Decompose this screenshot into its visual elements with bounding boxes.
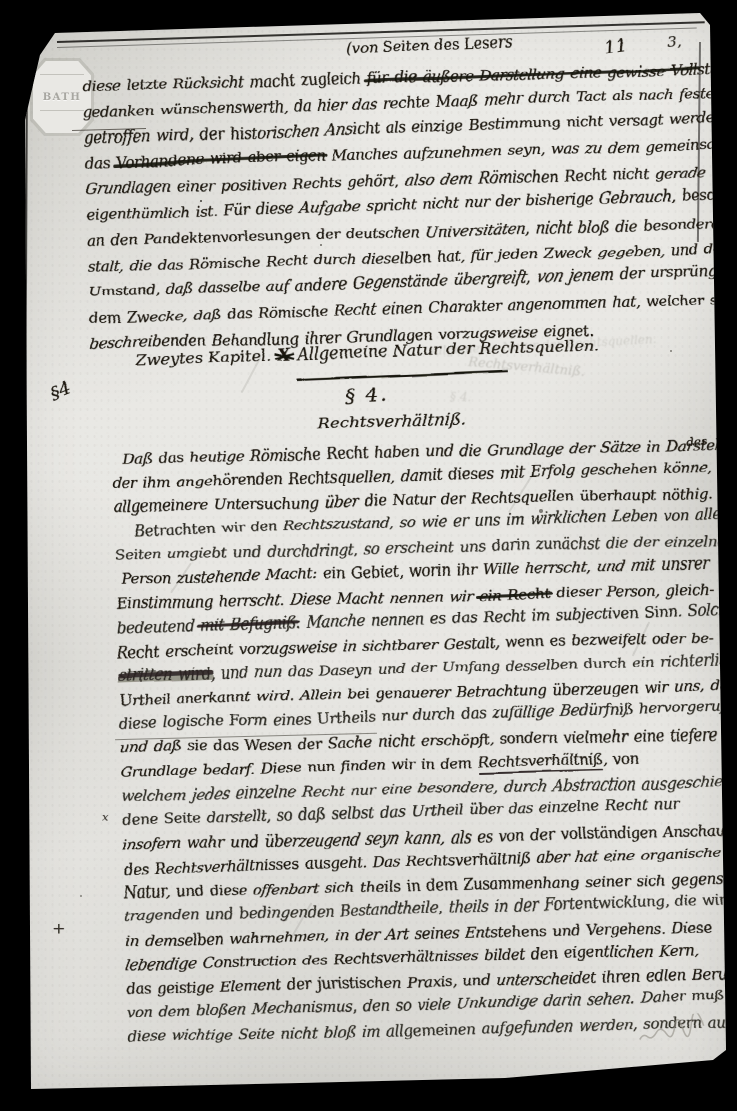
stamp-ornament bbox=[40, 110, 84, 111]
struck-text: Vorhandene wird aber eigen bbox=[115, 147, 326, 171]
line-text: das bbox=[84, 153, 116, 172]
chapter-label: Zweytes Kapitel. bbox=[135, 346, 271, 369]
folio-number: 3, bbox=[666, 31, 682, 50]
struck-text: ein Recht bbox=[479, 584, 550, 604]
struck-text: mit Befugniß bbox=[200, 613, 296, 634]
ink-specks bbox=[200, 200, 202, 202]
page-number: 11 bbox=[603, 35, 629, 59]
sheet-edge-line bbox=[22, 58, 28, 1086]
manuscript-page: BATH (von Seiten des Lesers 11 3, diese … bbox=[0, 0, 737, 1111]
interlinear-insertion: des bbox=[686, 433, 708, 448]
struck-text: für die äußere Darstellung eine gewisse … bbox=[367, 61, 697, 88]
section-number: § 4. bbox=[344, 382, 388, 407]
line-text: , von bbox=[602, 750, 639, 769]
scan-background: BATH (von Seiten des Lesers 11 3, diese … bbox=[0, 0, 737, 1111]
stamp-ornament bbox=[40, 74, 84, 75]
margin-plus-mark: + bbox=[52, 918, 65, 937]
line-text: bedeutend bbox=[116, 616, 200, 636]
section-title: Rechtsverhältniß. bbox=[317, 410, 466, 434]
heading-underline bbox=[296, 370, 508, 381]
bleedthrough-text: § 4. bbox=[450, 390, 472, 405]
paragraph-top: diese letzte Rücksicht macht zugleich fü… bbox=[82, 55, 722, 357]
embossed-stamp-text: BATH bbox=[43, 92, 82, 103]
paragraph-main: Daß das heutige Römische Recht haben und… bbox=[112, 431, 732, 1049]
crossed-out-chapter-number: X bbox=[275, 345, 292, 365]
underlined-text: Rechtsverhältniß bbox=[478, 750, 603, 774]
bleedthrough-text: Rechtsverhältniß. bbox=[468, 355, 586, 380]
margin-section-mark: §4 bbox=[47, 377, 74, 404]
struck-text: stritten wird bbox=[118, 664, 210, 684]
line-text: diese letzte Rücksicht macht zugleich bbox=[82, 69, 367, 95]
margin-x-mark: x bbox=[102, 810, 108, 823]
